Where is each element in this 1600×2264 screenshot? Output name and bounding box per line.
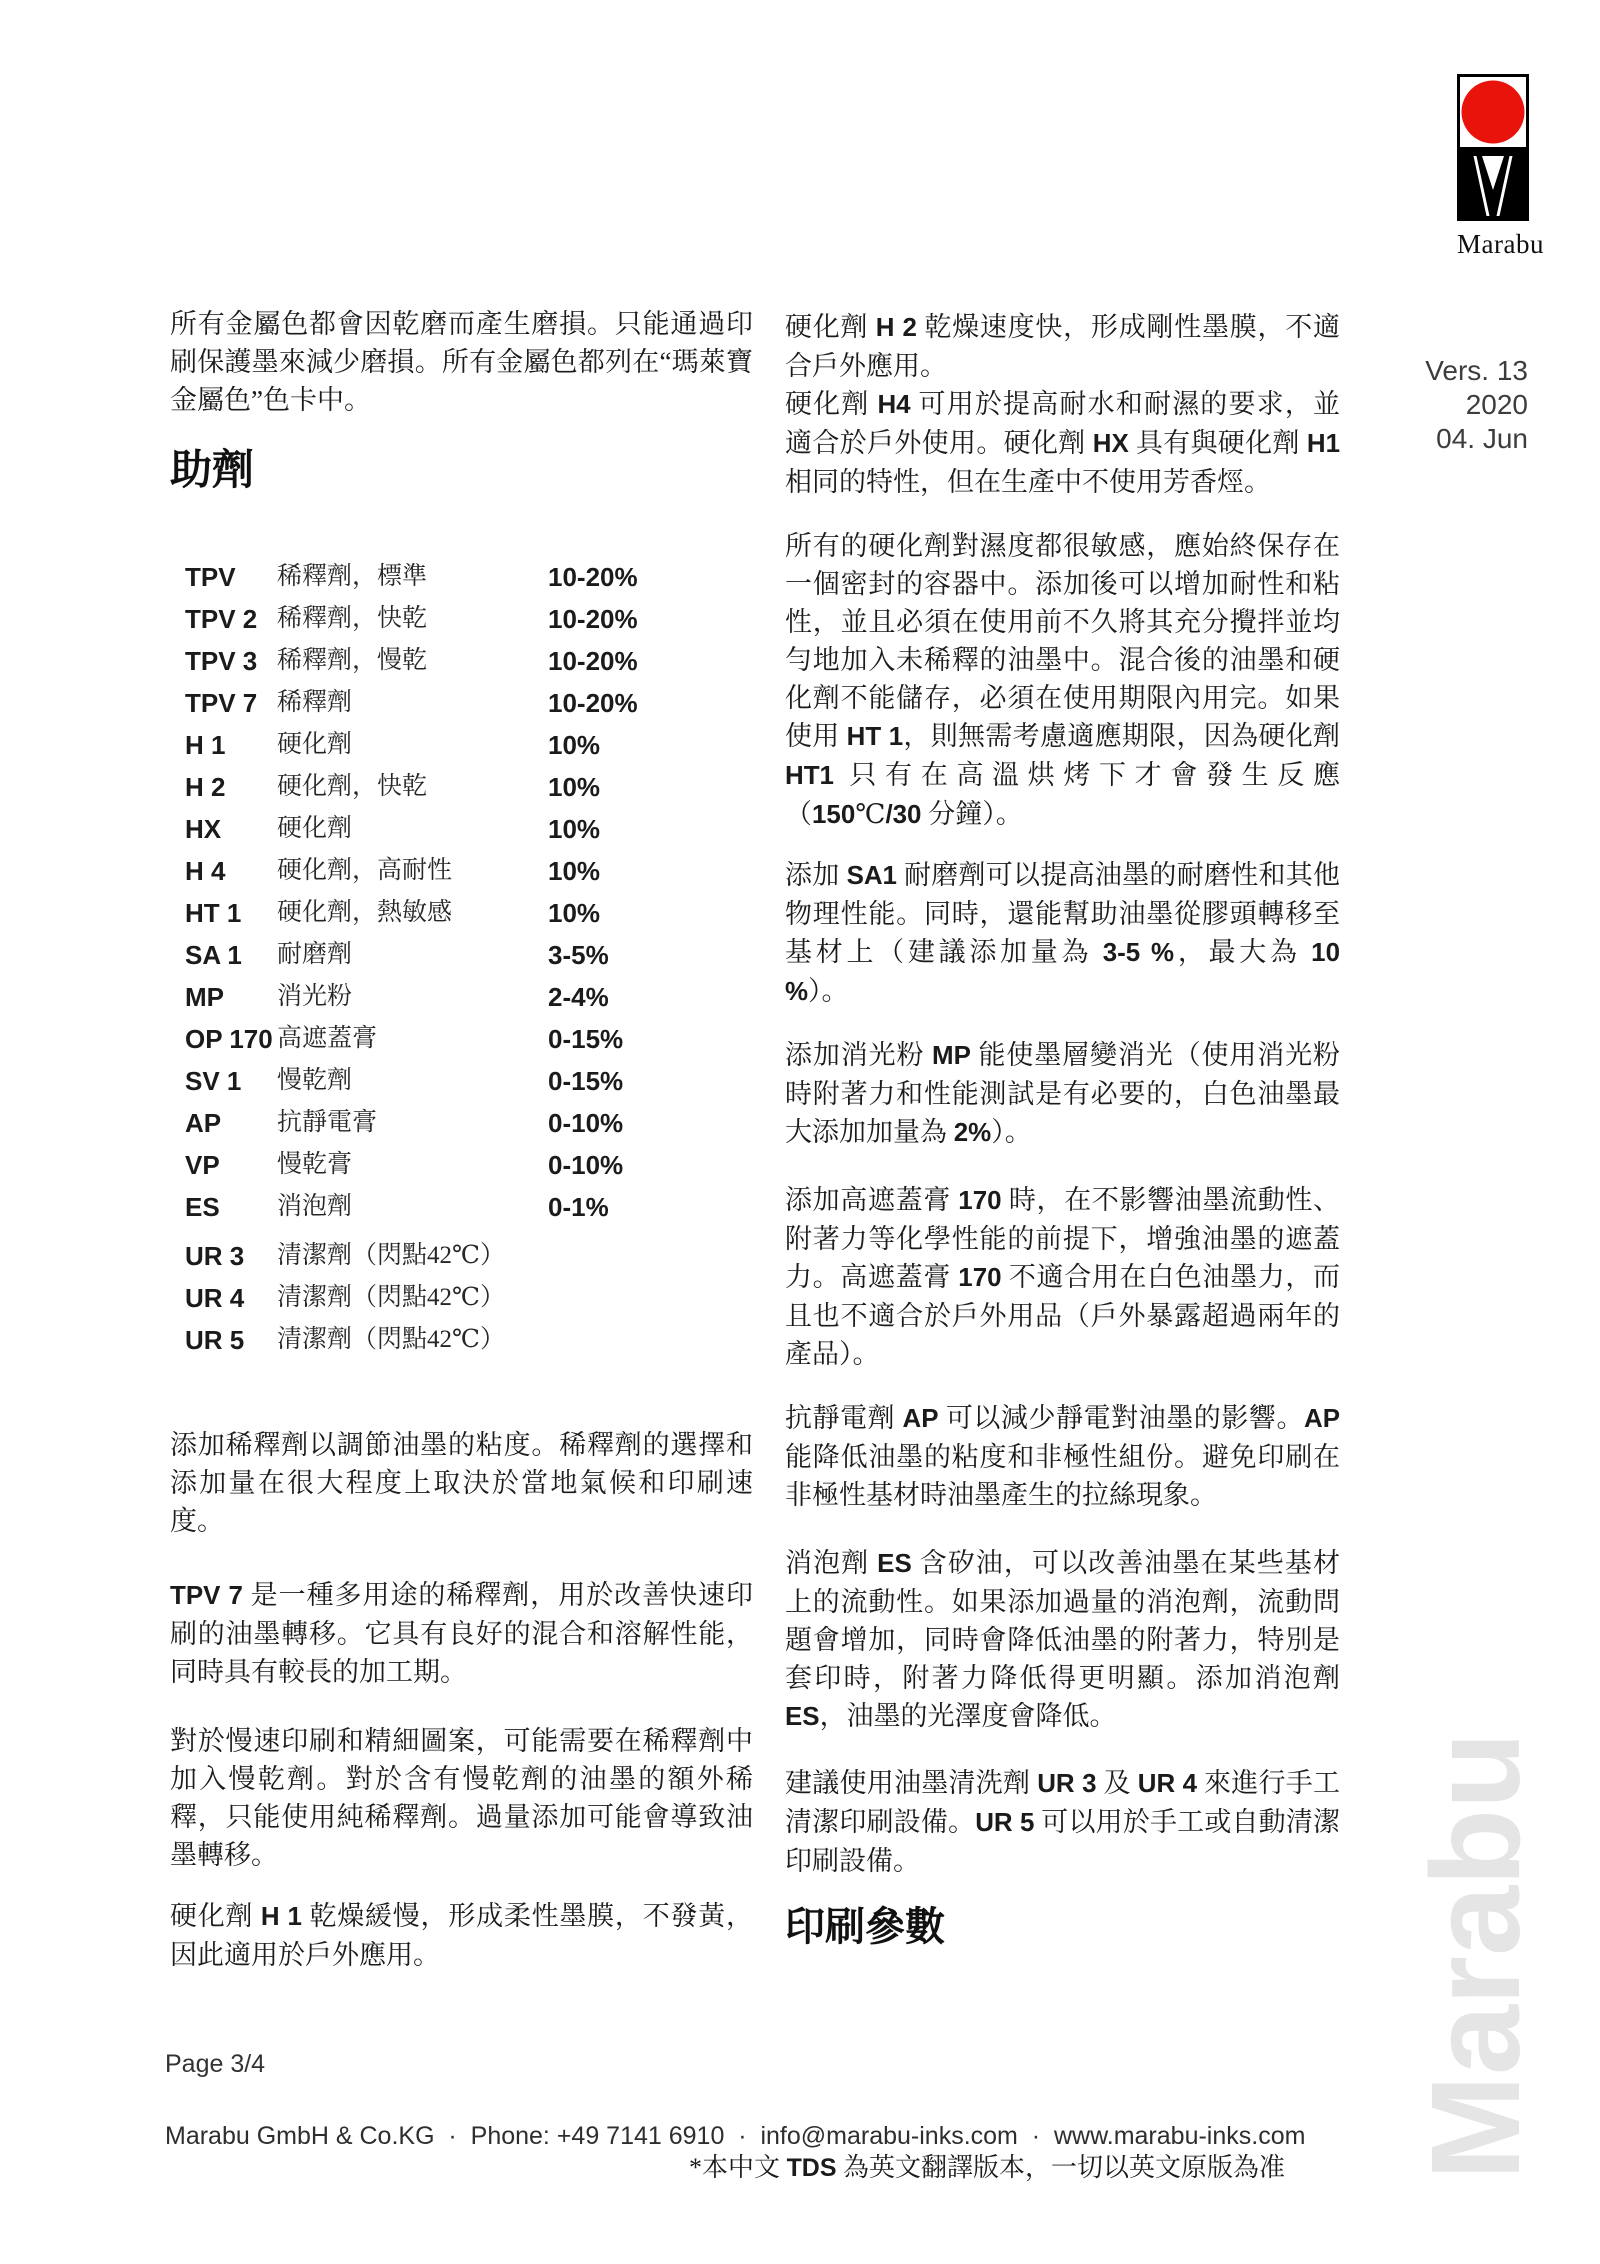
additive-description: 慢乾膏 bbox=[277, 1148, 548, 1182]
marabu-logo-icon bbox=[1457, 74, 1529, 222]
footer-disclaimer: *本中文 TDS 為英文翻譯版本，一切以英文原版為准 bbox=[165, 2150, 1285, 2186]
inline-text: 對於慢速印刷和精細圖案，可能需要在稀釋劑中加入慢乾劑。對於含有慢乾劑的油墨的額外… bbox=[170, 1726, 753, 1870]
inline-text: 添加消光粉 bbox=[785, 1040, 932, 1070]
additive-percentage: 0-1% bbox=[548, 1190, 609, 1224]
inline-text: 添加高遮蓋膏 bbox=[785, 1185, 958, 1215]
additive-description: 慢乾劑 bbox=[277, 1064, 548, 1098]
inline-product-code: H1 bbox=[1307, 430, 1340, 458]
inline-text: 硬化劑 bbox=[785, 312, 876, 342]
inline-text: 可以減少靜電對油墨的影響。 bbox=[939, 1403, 1305, 1433]
inline-product-code: UR 4 bbox=[1138, 1770, 1197, 1798]
inline-text: 所有的硬化劑對濕度都很敏感，應始終保存在一個密封的容器中。添加後可以增加耐性和粘… bbox=[785, 531, 1340, 751]
table-row: UR 4清潔劑（閃點42℃） bbox=[185, 1281, 725, 1323]
table-row: HT 1硬化劑，熱敏感10% bbox=[185, 896, 725, 938]
paragraph-op170: 添加高遮蓋膏 170 時，在不影響油墨流動性、附著力等化學性能的前提下，增強油墨… bbox=[785, 1181, 1340, 1373]
inline-product-code: HT 1 bbox=[847, 723, 903, 751]
additive-description: 耐磨劑 bbox=[277, 938, 548, 972]
additive-percentage: 3-5% bbox=[548, 938, 609, 972]
footer-contact: Marabu GmbH & Co.KG · Phone: +49 7141 69… bbox=[165, 2122, 1365, 2151]
additive-description: 高遮蓋膏 bbox=[277, 1022, 548, 1056]
inline-text: 是一種多用途的稀釋劑，用於改善快速印刷的油墨轉移。它具有良好的混合和溶解性能，同… bbox=[170, 1580, 753, 1687]
table-row: H 1硬化劑10% bbox=[185, 728, 725, 770]
inline-text: 抗靜電劑 bbox=[785, 1403, 903, 1433]
additive-description: 稀釋劑，快乾 bbox=[277, 602, 548, 636]
inline-text: *本中文 bbox=[689, 2153, 787, 2182]
additive-description: 硬化劑，熱敏感 bbox=[277, 896, 548, 930]
inline-text: 消泡劑 bbox=[785, 1548, 877, 1578]
inline-product-code: 170 bbox=[958, 1187, 1001, 1215]
additive-code: UR 4 bbox=[185, 1281, 277, 1315]
auxiliaries-table: TPV稀釋劑，標準10-20%TPV 2稀釋劑，快乾10-20%TPV 3稀釋劑… bbox=[185, 560, 725, 1365]
additive-percentage: 0-15% bbox=[548, 1064, 623, 1098]
additive-description: 稀釋劑 bbox=[277, 686, 548, 720]
section-heading-print-parameters: 印刷參數 bbox=[785, 1905, 945, 1949]
inline-product-code: HT1 bbox=[785, 762, 834, 790]
additive-code: HX bbox=[185, 812, 277, 846]
inline-product-code: 3-5 % bbox=[1103, 939, 1174, 967]
inline-text: 為英文翻譯版本，一切以英文原版為准 bbox=[836, 2153, 1285, 2182]
table-row: TPV 7稀釋劑10-20% bbox=[185, 686, 725, 728]
additive-code: TPV bbox=[185, 560, 277, 594]
inline-text: 建議使用油墨清洗劑 bbox=[785, 1768, 1037, 1798]
inline-text: 能降低油墨的粘度和非極性組份。避免印刷在非極性基材時油墨產生的拉絲現象。 bbox=[785, 1442, 1340, 1510]
inline-product-code: 170 bbox=[958, 1264, 1001, 1292]
section-heading-auxiliaries: 助劑 bbox=[170, 448, 254, 494]
paragraph-hardener-h2-h4-hx: 硬化劑 H 2 乾燥速度快，形成剛性墨膜，不適合戶外應用。硬化劑 H4 可用於提… bbox=[785, 308, 1340, 501]
additive-description: 硬化劑 bbox=[277, 728, 548, 762]
inline-text: 所有金屬色都會因乾磨而產生磨損。只能通過印刷保護墨來減少磨損。所有金屬色都列在“… bbox=[170, 309, 753, 415]
inline-text: ，最大為 bbox=[1174, 937, 1311, 967]
additive-code: H 4 bbox=[185, 854, 277, 888]
logo-wordmark: Marabu bbox=[1457, 229, 1529, 259]
table-row: ES消泡劑0-1% bbox=[185, 1190, 725, 1232]
additive-percentage: 0-15% bbox=[548, 1022, 623, 1056]
table-row: TPV稀釋劑，標準10-20% bbox=[185, 560, 725, 602]
additive-percentage: 0-10% bbox=[548, 1148, 623, 1182]
additive-description: 稀釋劑，慢乾 bbox=[277, 644, 548, 678]
additive-code: H 1 bbox=[185, 728, 277, 762]
table-row: TPV 2稀釋劑，快乾10-20% bbox=[185, 602, 725, 644]
paragraph-tpv7: TPV 7 是一種多用途的稀釋劑，用於改善快速印刷的油墨轉移。它具有良好的混合和… bbox=[170, 1576, 753, 1691]
additive-percentage: 10-20% bbox=[548, 560, 638, 594]
table-row: H 2硬化劑，快乾10% bbox=[185, 770, 725, 812]
inline-product-code: AP bbox=[1304, 1405, 1340, 1433]
inline-text: ，則無需考慮適應期限，因為硬化劑 bbox=[903, 721, 1340, 751]
inline-text: 添加 bbox=[785, 860, 847, 890]
additive-code: VP bbox=[185, 1148, 277, 1182]
additive-description: 消泡劑 bbox=[277, 1190, 548, 1224]
additive-percentage: 10% bbox=[548, 854, 600, 888]
additive-description: 稀釋劑，標準 bbox=[277, 560, 548, 594]
paragraph-hardener-h1: 硬化劑 H 1 乾燥緩慢，形成柔性墨膜，不發黃，因此適用於戶外應用。 bbox=[170, 1897, 753, 1974]
additive-percentage: 10% bbox=[548, 728, 600, 762]
paragraph-ur-cleaners: 建議使用油墨清洗劑 UR 3 及 UR 4 來進行手工清潔印刷設備。UR 5 可… bbox=[785, 1764, 1340, 1880]
additive-code: H 2 bbox=[185, 770, 277, 804]
inline-text: 相同的特性，但在生產中不使用芳香烴。 bbox=[785, 467, 1271, 497]
inline-text: ℃ bbox=[855, 799, 885, 829]
inline-product-code: AP bbox=[903, 1405, 939, 1433]
inline-product-code: H 2 bbox=[876, 314, 917, 342]
inline-product-code: UR 5 bbox=[975, 1809, 1034, 1837]
marabu-watermark: Marabu bbox=[1424, 1686, 1528, 2180]
table-row: VP慢乾膏0-10% bbox=[185, 1148, 725, 1190]
table-row: SV 1慢乾劑0-15% bbox=[185, 1064, 725, 1106]
table-row: AP抗靜電膏0-10% bbox=[185, 1106, 725, 1148]
additive-code: TPV 3 bbox=[185, 644, 277, 678]
additive-percentage: 10% bbox=[548, 770, 600, 804]
inline-product-code: /30 bbox=[885, 801, 921, 829]
additive-code: SA 1 bbox=[185, 938, 277, 972]
paragraph-es: 消泡劑 ES 含矽油，可以改善油墨在某些基材上的流動性。如果添加過量的消泡劑，流… bbox=[785, 1544, 1340, 1736]
table-row: UR 3清潔劑（閃點42℃） bbox=[185, 1239, 725, 1281]
inline-product-code: TPV 7 bbox=[170, 1582, 243, 1610]
inline-product-code: MP bbox=[932, 1042, 971, 1070]
table-row: SA 1耐磨劑3-5% bbox=[185, 938, 725, 980]
inline-product-code: TDS bbox=[787, 2154, 837, 2182]
additive-code: UR 5 bbox=[185, 1323, 277, 1357]
paragraph-mp: 添加消光粉 MP 能使墨層變消光（使用消光粉時附著力和性能測試是有必要的，白色油… bbox=[785, 1036, 1340, 1152]
additive-description: 清潔劑（閃點42℃） bbox=[277, 1323, 548, 1357]
additive-description: 清潔劑（閃點42℃） bbox=[277, 1281, 548, 1315]
inline-product-code: HX bbox=[1093, 430, 1129, 458]
additive-percentage: 10-20% bbox=[548, 602, 638, 636]
paragraph-metallics-intro: 所有金屬色都會因乾磨而產生磨損。只能通過印刷保護墨來減少磨損。所有金屬色都列在“… bbox=[170, 305, 753, 419]
additive-code: TPV 2 bbox=[185, 602, 277, 636]
additive-percentage: 2-4% bbox=[548, 980, 609, 1014]
page-number: Page 3/4 bbox=[165, 2050, 265, 2079]
additive-percentage: 10% bbox=[548, 896, 600, 930]
marabu-logo: Marabu bbox=[1457, 74, 1529, 259]
additive-description: 消光粉 bbox=[277, 980, 548, 1014]
paragraph-slow-printing: 對於慢速印刷和精細圖案，可能需要在稀釋劑中加入慢乾劑。對於含有慢乾劑的油墨的額外… bbox=[170, 1722, 753, 1874]
inline-text: 添加稀釋劑以調節油墨的粘度。稀釋劑的選擇和添加量在很大程度上取決於當地氣候和印刷… bbox=[170, 1430, 753, 1536]
inline-product-code: SA1 bbox=[847, 862, 897, 890]
additive-code: MP bbox=[185, 980, 277, 1014]
inline-product-code: ES bbox=[877, 1550, 912, 1578]
additive-description: 清潔劑（閃點42℃） bbox=[277, 1239, 548, 1273]
document-page: Marabu Vers. 13 2020 04. Jun Marabu 所有金屬… bbox=[0, 0, 1600, 2264]
additive-description: 硬化劑 bbox=[277, 812, 548, 846]
paragraph-ap: 抗靜電劑 AP 可以減少靜電對油墨的影響。AP 能降低油墨的粘度和非極性組份。避… bbox=[785, 1399, 1340, 1514]
inline-product-code: UR 3 bbox=[1037, 1770, 1096, 1798]
inline-product-code: H 1 bbox=[261, 1903, 302, 1931]
additive-description: 硬化劑，快乾 bbox=[277, 770, 548, 804]
table-row: H 4硬化劑，高耐性10% bbox=[185, 854, 725, 896]
inline-text: 硬化劑 bbox=[785, 389, 877, 419]
table-row: MP消光粉2-4% bbox=[185, 980, 725, 1022]
additive-code: AP bbox=[185, 1106, 277, 1140]
inline-product-code: 150 bbox=[812, 801, 855, 829]
additive-code: UR 3 bbox=[185, 1239, 277, 1273]
inline-product-code: H4 bbox=[877, 391, 910, 419]
table-row: UR 5清潔劑（閃點42℃） bbox=[185, 1323, 725, 1365]
table-row: OP 170高遮蓋膏0-15% bbox=[185, 1022, 725, 1064]
additive-description: 抗靜電膏 bbox=[277, 1106, 548, 1140]
additive-code: TPV 7 bbox=[185, 686, 277, 720]
paragraph-sa1: 添加 SA1 耐磨劑可以提高油墨的耐磨性和其他物理性能。同時，還能幫助油墨從膠頭… bbox=[785, 856, 1340, 1011]
additive-percentage: 10% bbox=[548, 812, 600, 846]
inline-text: 具有與硬化劑 bbox=[1129, 428, 1307, 458]
inline-text: ）。 bbox=[808, 976, 849, 1006]
inline-text: ）。 bbox=[991, 1117, 1032, 1147]
inline-product-code: 2% bbox=[954, 1119, 991, 1147]
additive-code: OP 170 bbox=[185, 1022, 277, 1056]
table-row: HX硬化劑10% bbox=[185, 812, 725, 854]
paragraph-hardener-storage: 所有的硬化劑對濕度都很敏感，應始終保存在一個密封的容器中。添加後可以增加耐性和粘… bbox=[785, 527, 1340, 834]
additive-percentage: 10-20% bbox=[548, 686, 638, 720]
additive-code: SV 1 bbox=[185, 1064, 277, 1098]
paragraph-thinners: 添加稀釋劑以調節油墨的粘度。稀釋劑的選擇和添加量在很大程度上取決於當地氣候和印刷… bbox=[170, 1426, 753, 1540]
additive-percentage: 0-10% bbox=[548, 1106, 623, 1140]
inline-text: 及 bbox=[1097, 1768, 1138, 1798]
additive-code: HT 1 bbox=[185, 896, 277, 930]
inline-product-code: ES bbox=[785, 1703, 820, 1731]
inline-text: ，油墨的光澤度會降低。 bbox=[820, 1701, 1117, 1731]
table-row: TPV 3稀釋劑，慢乾10-20% bbox=[185, 644, 725, 686]
additive-description: 硬化劑，高耐性 bbox=[277, 854, 548, 888]
additive-code: ES bbox=[185, 1190, 277, 1224]
inline-text: 硬化劑 bbox=[170, 1901, 261, 1931]
inline-text: 分鐘）。 bbox=[921, 799, 1022, 829]
additive-percentage: 10-20% bbox=[548, 644, 638, 678]
